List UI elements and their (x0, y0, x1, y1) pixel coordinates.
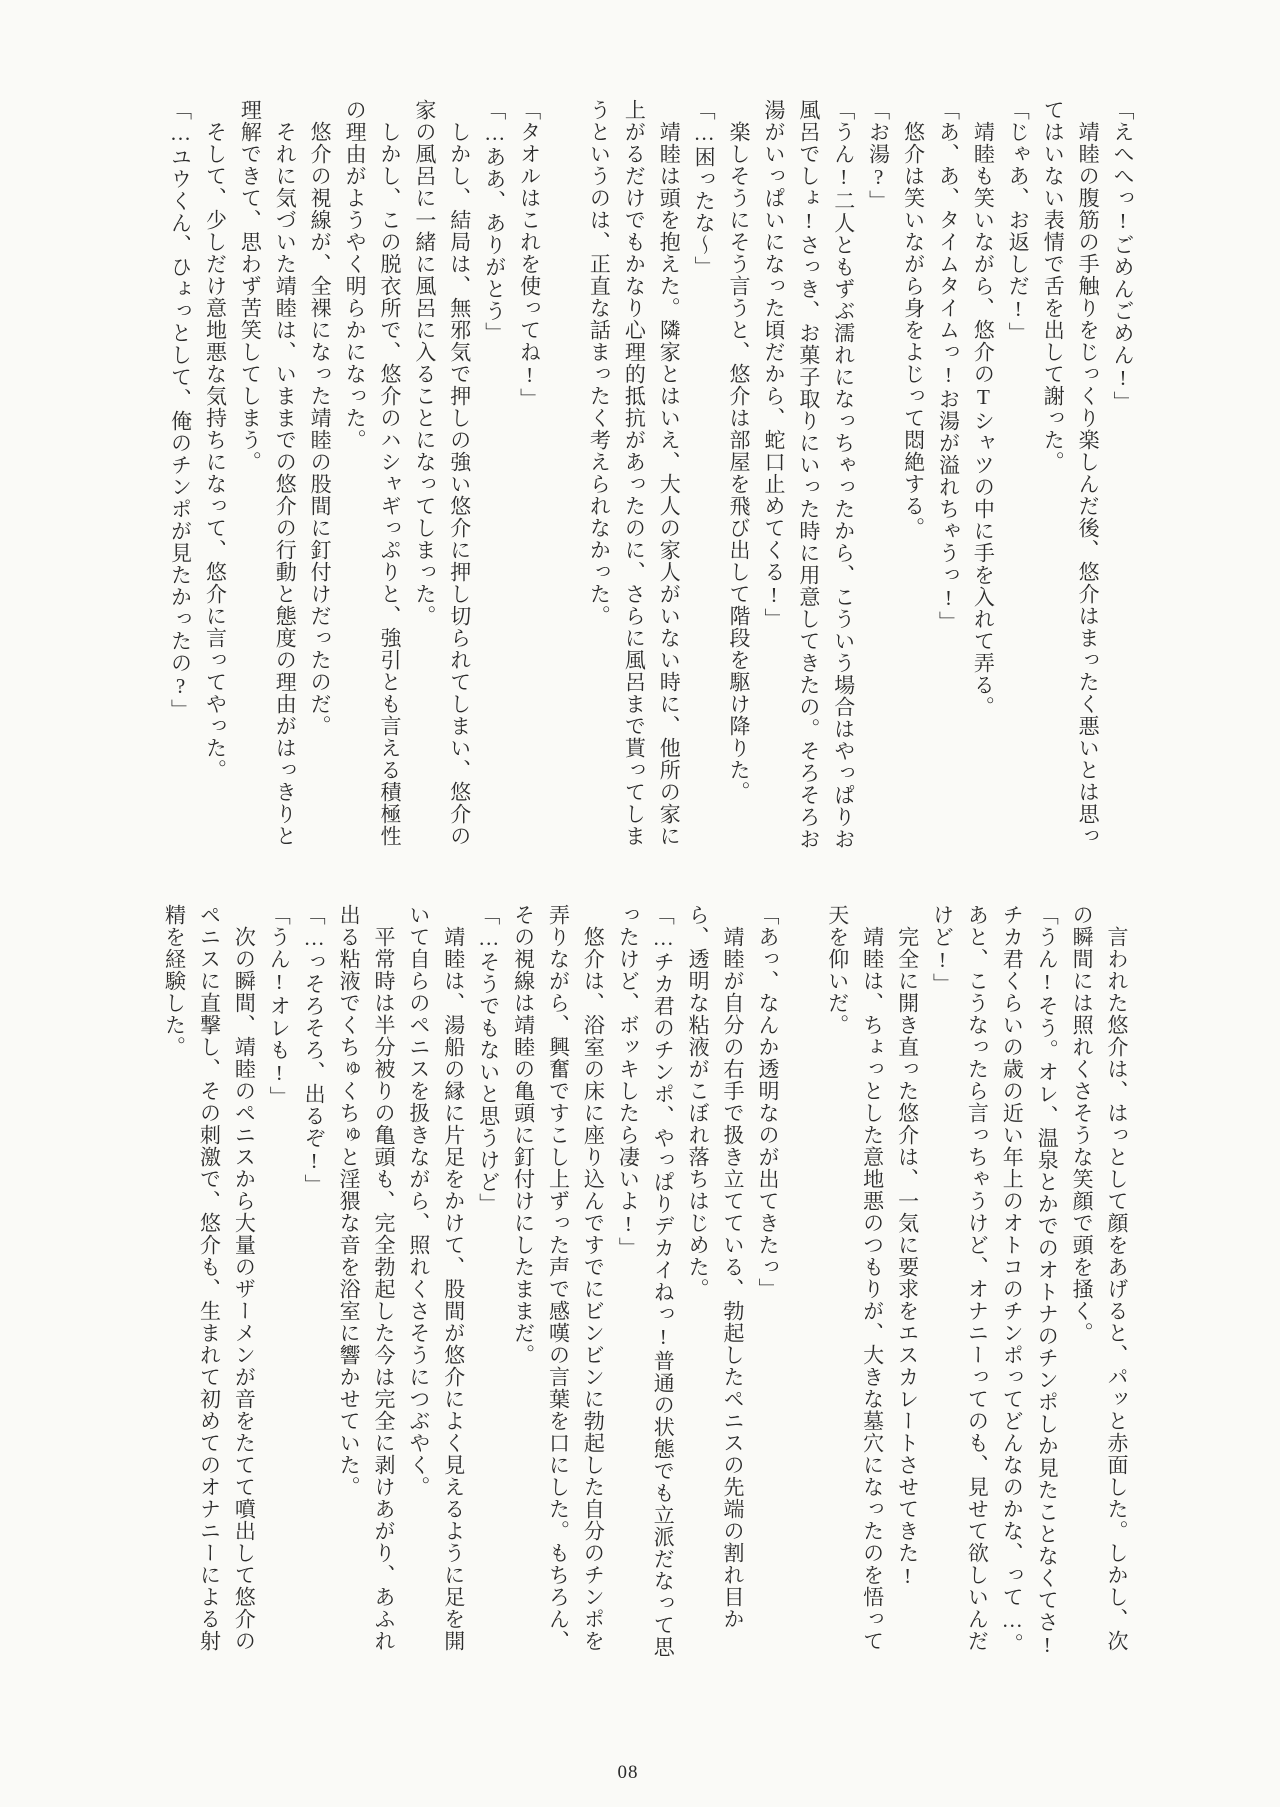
text-column: 「あっ、なんか透明なのが出てきたっ」 (750, 904, 785, 1658)
text-column: その視線は靖睦の亀頭に釘付けにしたままだ。 (506, 904, 541, 1658)
text-column: うというのは、正直な話まったく考えられなかった。 (582, 99, 617, 852)
paragraph: 次の瞬間、靖睦のペニスから大量のザーメンが音をたてて噴出して悠介のペニスに直撃し… (157, 904, 262, 1658)
paragraph: 悠介は、浴室の床に座り込んですでにビンビンに勃起した自分のチンポを弄りながら、興… (506, 904, 611, 1658)
text-column: 上がるだけでもかなり心理的抵抗があったのに、さらに風呂まで貰ってしま (616, 99, 651, 852)
text-column: けど!」 (925, 904, 960, 1658)
text-column: 湯がいっぱいになった頃だから、蛇口止めてくる!」 (756, 99, 791, 852)
paragraph: 「…ああ、ありがとう」 (477, 99, 512, 852)
text-column: チカ君くらいの歳の近い年上のオトコのチンポってどんなのかな、って…。 (994, 904, 1029, 1658)
text-column: ら、透明な粘液がこぼれ落ちはじめた。 (680, 904, 715, 1658)
paragraph: 「うん!オレも!」 (261, 904, 296, 1658)
paragraph: 靖睦の腹筋の手触りをじっくり楽しんだ後、悠介はまったく悪いとは思ってはいない表情… (1035, 99, 1105, 852)
paragraph: 靖睦は、湯船の縁に片足をかけて、股間が悠介によく見えるように足を開いて自らのペニ… (401, 904, 471, 1658)
text-column: あと、こうなったら言っちゃうけど、オナニーってのも、見せて欲しいんだ (959, 904, 994, 1658)
paragraph: 靖睦は頭を抱えた。隣家とはいえ、大人の家人がいない時に、他所の家に上がるだけでも… (582, 99, 687, 852)
text-column: しかし、結局は、無邪気で押しの強い悠介に押し切られてしまい、悠介の (442, 99, 477, 852)
text-column: 「…ユウくん、ひょっとして、俺のチンポが見たかったの?」 (163, 99, 198, 852)
paragraph: 「タオルはこれを使ってね!」 (512, 99, 547, 852)
text-column: 靖睦も笑いながら、悠介のTシャツの中に手を入れて弄る。 (965, 99, 1000, 852)
paragraph: 靖睦が自分の右手で扱き立てている、勃起したペニスの先端の割れ目から、透明な粘液が… (680, 904, 750, 1658)
text-column: 理解できて、思わず苦笑してしまう。 (232, 99, 267, 852)
text-column: 精を経験した。 (157, 904, 192, 1658)
text-column: てはいない表情で舌を出して謝った。 (1035, 99, 1070, 852)
text-column: 言われた悠介は、はっとして顔をあげると、パッと赤面した。しかし、次 (1099, 904, 1134, 1658)
text-column: 「あ、あ、タイムタイムっ!お湯が溢れちゃうっ!」 (931, 99, 966, 852)
text-column: の理由がようやく明らかになった。 (337, 99, 372, 852)
paragraph: 靖睦も笑いながら、悠介のTシャツの中に手を入れて弄る。 (965, 99, 1000, 852)
text-column: 風呂でしょ!さっき、お菓子取りにいった時に用意してきたの。そろそろお (791, 99, 826, 852)
paragraph: 悠介の視線が、全裸になった靖睦の股間に釘付けだったのだ。 (302, 99, 337, 852)
paragraph: それに気づいた靖睦は、いままでの悠介の行動と態度の理由がはっきりと理解できて、思… (232, 99, 302, 852)
text-column: 弄りながら、興奮ですこし上ずった声で感嘆の言葉を口にした。もちろん、 (541, 904, 576, 1658)
text-column: 靖睦は、湯船の縁に片足をかけて、股間が悠介によく見えるように足を開 (436, 904, 471, 1658)
paragraph: 言われた悠介は、はっとして顔をあげると、パッと赤面した。しかし、次の瞬間には照れ… (1064, 904, 1134, 1658)
paragraph: 「あっ、なんか透明なのが出てきたっ」 (750, 904, 785, 1658)
text-column: ペニスに直撃し、その刺激で、悠介も、生まれて初めてのオナニーによる射 (192, 904, 227, 1658)
text-column: 「お湯?」 (861, 99, 896, 852)
text-column: 天を仰いだ。 (820, 904, 855, 1658)
top-text-block: 「えへへっ!ごめんごめん!」靖睦の腹筋の手触りをじっくり楽しんだ後、悠介はまった… (163, 99, 1140, 852)
text-column: 家の風呂に一緒に風呂に入ることになってしまった。 (407, 99, 442, 852)
scanned-page: 「えへへっ!ごめんごめん!」靖睦の腹筋の手触りをじっくり楽しんだ後、悠介はまった… (0, 0, 1280, 1807)
text-column: 悠介は、浴室の床に座り込んですでにビンビンに勃起した自分のチンポを (576, 904, 611, 1658)
paragraph: 靖睦は、ちょっとした意地悪のつもりが、大きな墓穴になったのを悟って天を仰いだ。 (820, 904, 890, 1658)
text-column: 靖睦の腹筋の手触りをじっくり楽しんだ後、悠介はまったく悪いとは思っ (1070, 99, 1105, 852)
paragraph: 完全に開き直った悠介は、一気に要求をエスカレートさせてきた! (890, 904, 925, 1658)
paragraph: しかし、この脱衣所で、悠介のハシャギっぷりと、強引とも言える積極性の理由がようや… (337, 99, 407, 852)
page-number: 08 (568, 1762, 688, 1784)
paragraph: しかし、結局は、無邪気で押しの強い悠介に押し切られてしまい、悠介の家の風呂に一緒… (407, 99, 477, 852)
text-column: それに気づいた靖睦は、いままでの悠介の行動と態度の理由がはっきりと (267, 99, 302, 852)
text-column: 完全に開き直った悠介は、一気に要求をエスカレートさせてきた! (890, 904, 925, 1658)
text-column: の瞬間には照れくさそうな笑顔で頭を掻く。 (1064, 904, 1099, 1658)
paragraph: 「うん!二人ともずぶ濡れになっちゃったから、こういう場合はやっぱりお風呂でしょ!… (756, 99, 861, 852)
bottom-text-block: 言われた悠介は、はっとして顔をあげると、パッと赤面した。しかし、次の瞬間には照れ… (157, 904, 1134, 1658)
text-column: 悠介の視線が、全裸になった靖睦の股間に釘付けだったのだ。 (302, 99, 337, 852)
text-column: 楽しそうにそう言うと、悠介は部屋を飛び出して階段を駆け降りた。 (721, 99, 756, 852)
text-column: 平常時は半分被りの亀頭も、完全勃起した今は完全に剥けあがり、あふれ (366, 904, 401, 1658)
text-column: 「うん!そう。オレ、温泉とかでのオトナのチンポしか見たことなくてさ! (1029, 904, 1064, 1658)
text-column: 「…困ったな〜」 (686, 99, 721, 852)
text-column: しかし、この脱衣所で、悠介のハシャギっぷりと、強引とも言える積極性 (372, 99, 407, 852)
text-column: 「…そうでもないと思うけど」 (471, 904, 506, 1658)
text-column: 靖睦が自分の右手で扱き立てている、勃起したペニスの先端の割れ目か (715, 904, 750, 1658)
text-column: ったけど、ボッキしたら凄いよ!」 (610, 904, 645, 1658)
text-column: いて自らのペニスを扱きながら、照れくさそうにつぶやく。 (401, 904, 436, 1658)
text-column: 靖睦は頭を抱えた。隣家とはいえ、大人の家人がいない時に、他所の家に (651, 99, 686, 852)
text-column: そして、少しだけ意地悪な気持ちになって、悠介に言ってやった。 (198, 99, 233, 852)
text-column: 「うん!オレも!」 (261, 904, 296, 1658)
text-column: 「えへへっ!ごめんごめん!」 (1105, 99, 1140, 852)
paragraph: 楽しそうにそう言うと、悠介は部屋を飛び出して階段を駆け降りた。 (721, 99, 756, 852)
paragraph: 「…困ったな〜」 (686, 99, 721, 852)
text-column: 「…ああ、ありがとう」 (477, 99, 512, 852)
text-column: 出る粘液でくちゅくちゅと淫猥な音を浴室に響かせていた。 (331, 904, 366, 1658)
paragraph: 「あ、あ、タイムタイムっ!お湯が溢れちゃうっ!」 (931, 99, 966, 852)
text-column: 「じゃあ、お返しだ!」 (1000, 99, 1035, 852)
text-column: 次の瞬間、靖睦のペニスから大量のザーメンが音をたてて噴出して悠介の (226, 904, 261, 1658)
paragraph: 「じゃあ、お返しだ!」 (1000, 99, 1035, 852)
text-column: 靖睦は、ちょっとした意地悪のつもりが、大きな墓穴になったのを悟って (855, 904, 890, 1658)
paragraph: 「…ユウくん、ひょっとして、俺のチンポが見たかったの?」 (163, 99, 198, 852)
paragraph: 「えへへっ!ごめんごめん!」 (1105, 99, 1140, 852)
paragraph: 「…っそろそろ、出るぞ!」 (296, 904, 331, 1658)
paragraph: 「うん!そう。オレ、温泉とかでのオトナのチンポしか見たことなくてさ!チカ君くらい… (925, 904, 1065, 1658)
paragraph: 悠介は笑いながら身をよじって悶絶する。 (896, 99, 931, 852)
text-column: 悠介は笑いながら身をよじって悶絶する。 (896, 99, 931, 852)
text-column: 「…チカ君のチンポ、やっぱりデカイねっ!普通の状態でも立派だなって思 (645, 904, 680, 1658)
paragraph: 「…チカ君のチンポ、やっぱりデカイねっ!普通の状態でも立派だなって思ったけど、ボ… (610, 904, 680, 1658)
paragraph: そして、少しだけ意地悪な気持ちになって、悠介に言ってやった。 (198, 99, 233, 852)
paragraph: 平常時は半分被りの亀頭も、完全勃起した今は完全に剥けあがり、あふれ出る粘液でくち… (331, 904, 401, 1658)
paragraph: 「お湯?」 (861, 99, 896, 852)
text-column: 「うん!二人ともずぶ濡れになっちゃったから、こういう場合はやっぱりお (826, 99, 861, 852)
text-column: 「タオルはこれを使ってね!」 (512, 99, 547, 852)
text-column: 「…っそろそろ、出るぞ!」 (296, 904, 331, 1658)
paragraph: 「…そうでもないと思うけど」 (471, 904, 506, 1658)
